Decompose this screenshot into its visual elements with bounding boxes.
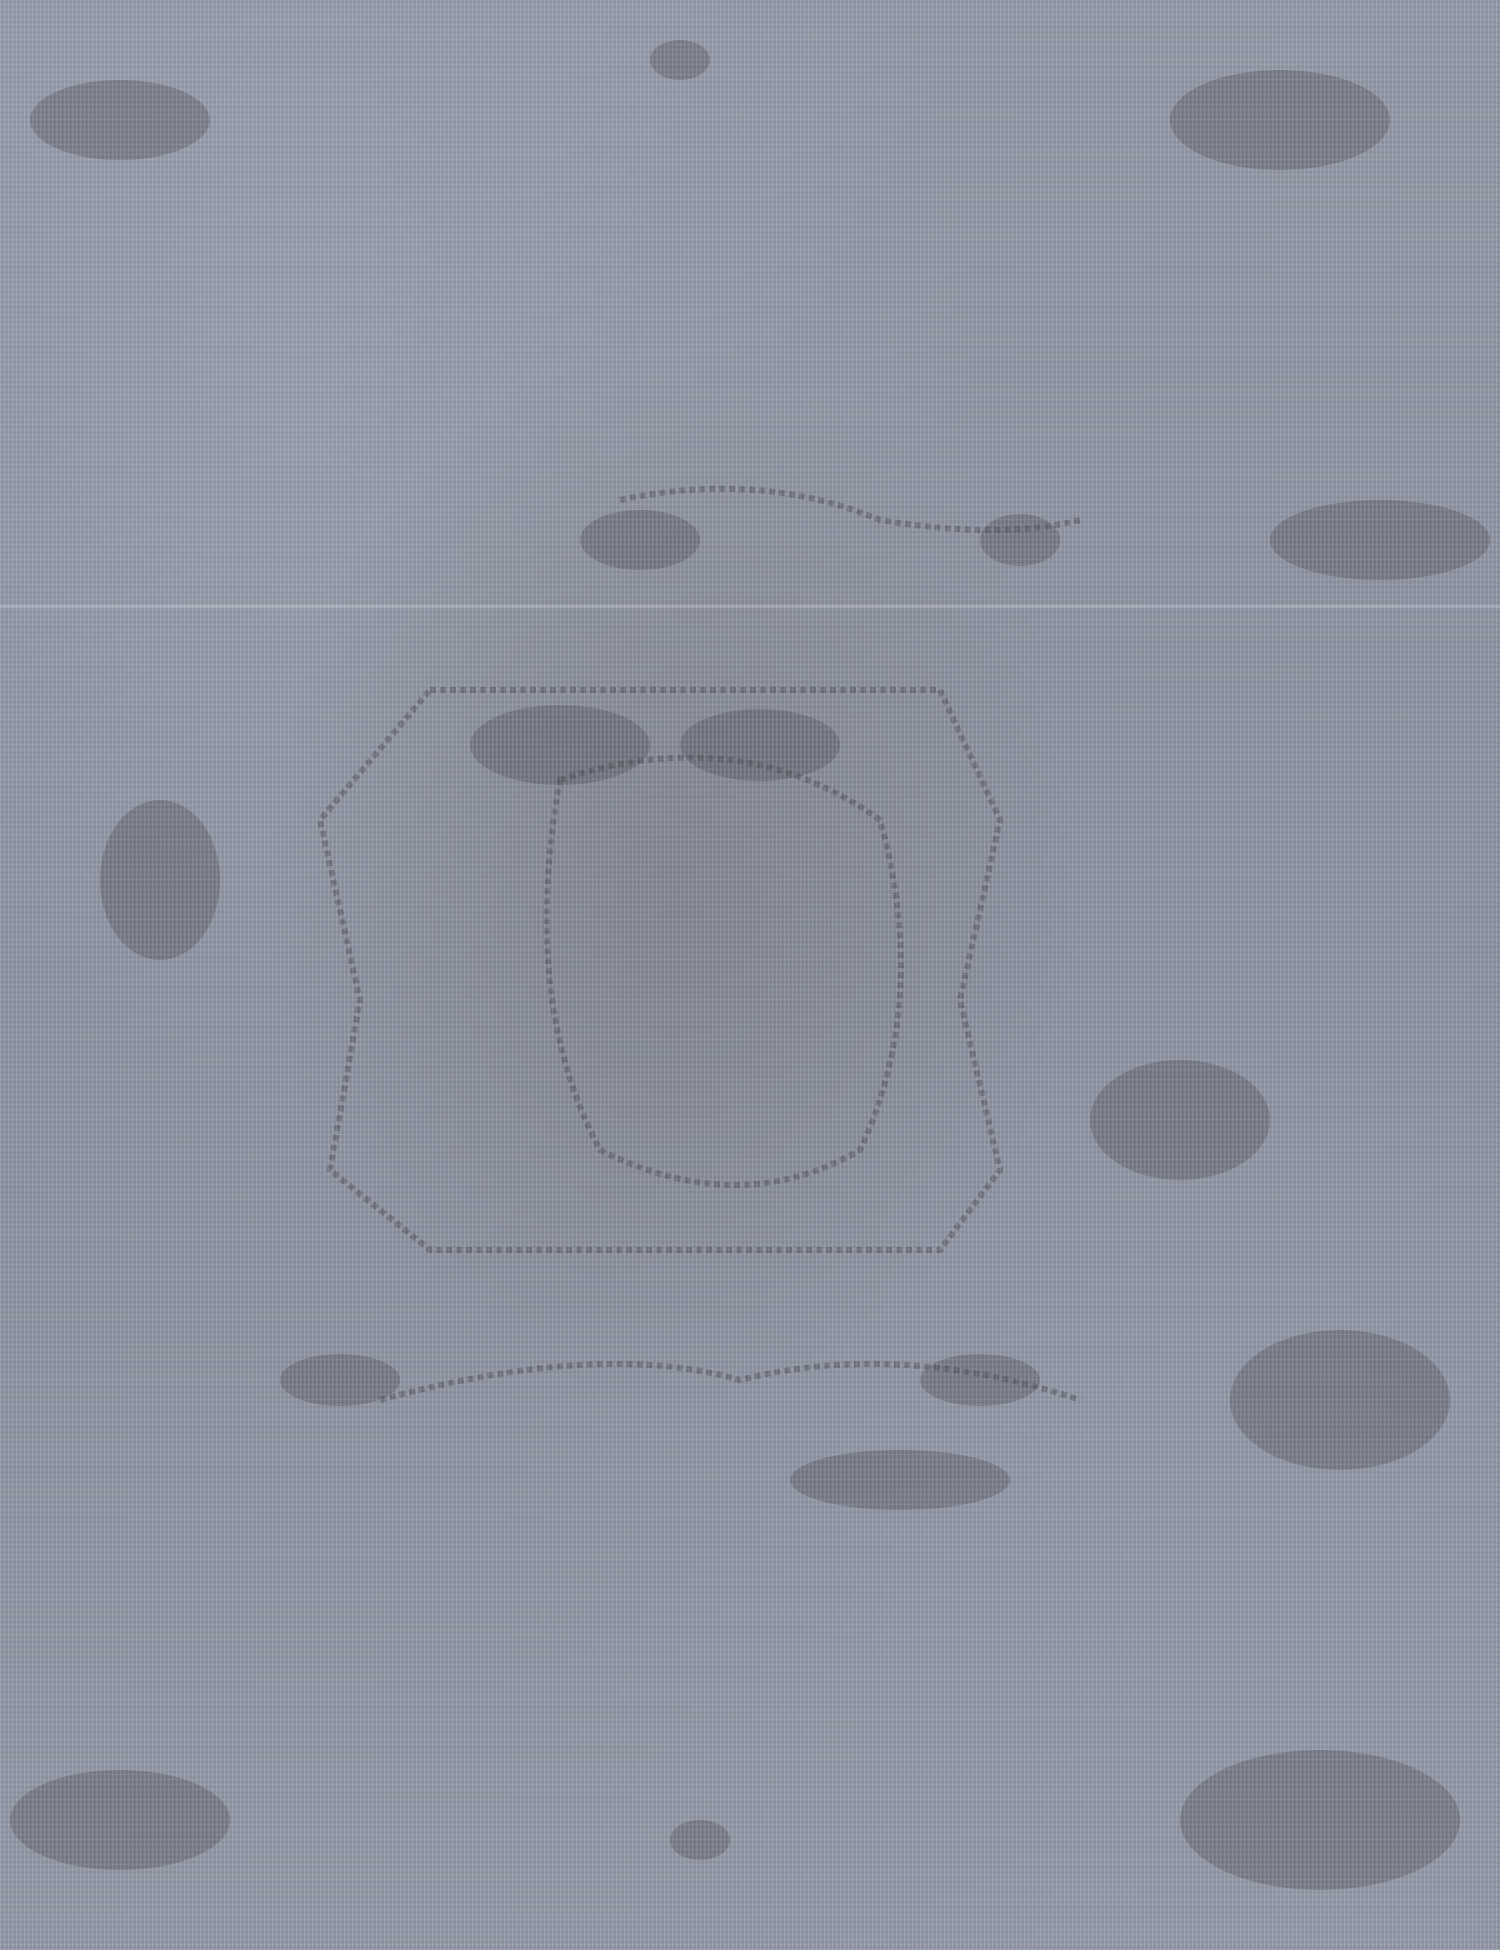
rug-pattern: [0, 0, 1500, 1950]
rug-photo: [0, 0, 1500, 1950]
fold-crease: [0, 605, 1500, 608]
